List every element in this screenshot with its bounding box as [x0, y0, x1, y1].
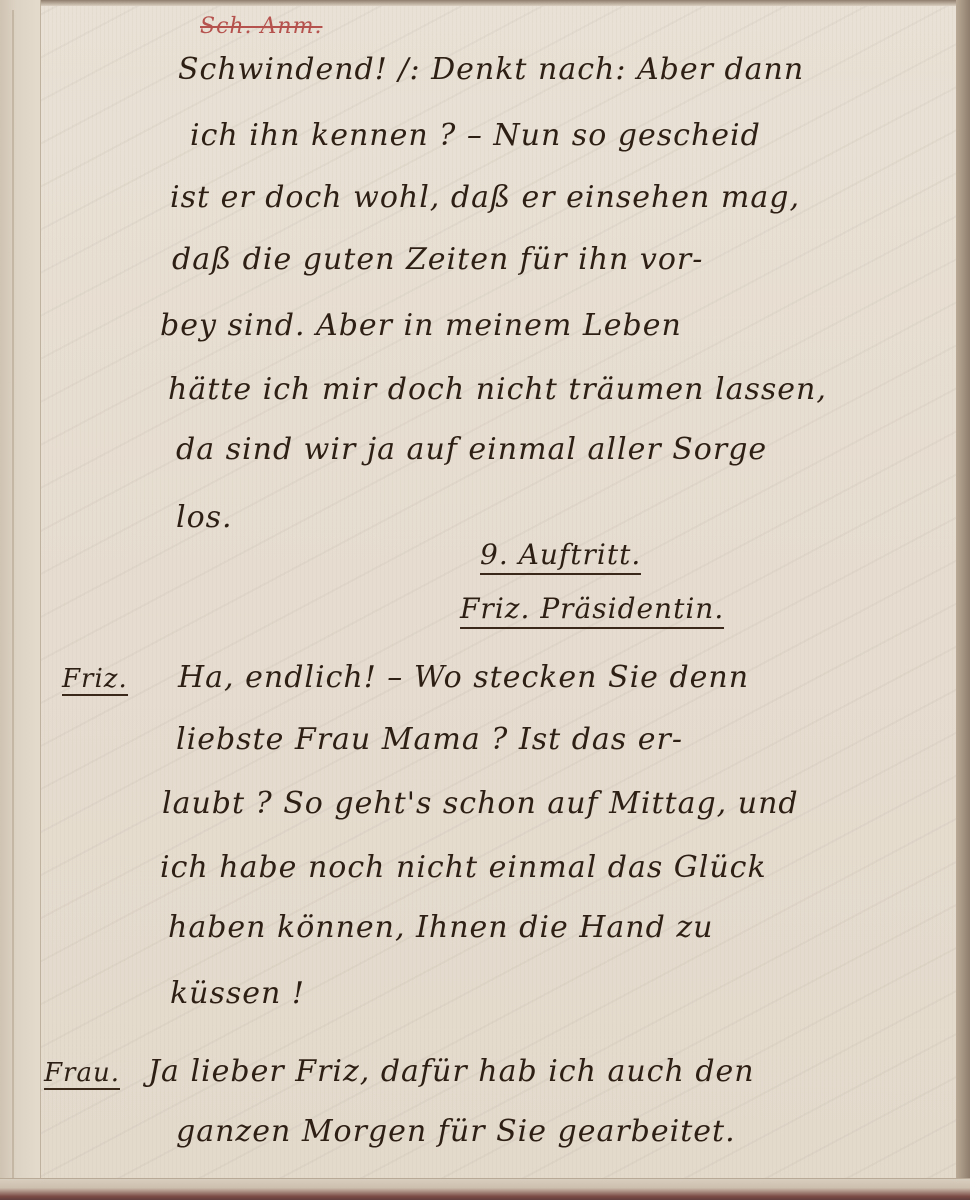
text-line-3: ist er doch wohl, daß er einsehen mag, [170, 180, 800, 215]
text-line-1: Schwindend! /: Denkt nach: Aber dann [178, 52, 804, 87]
page-top-edge [0, 0, 970, 6]
text-line-6: hätte ich mir doch nicht träumen lassen, [168, 372, 827, 407]
dialogue-frau-line-1: Ja lieber Friz, dafür hab ich auch den [148, 1054, 755, 1089]
dialogue-friz-line-5: haben können, Ihnen die Hand zu [168, 910, 713, 945]
speaker-label-frau: Frau. [44, 1058, 120, 1090]
dialogue-friz-line-4: ich habe noch nicht einmal das Glück [160, 850, 767, 885]
binding-fold-line [12, 10, 14, 1180]
dialogue-friz-line-2: liebste Frau Mama ? Ist das er- [176, 722, 683, 757]
dialogue-friz-line-3: laubt ? So geht's schon auf Mittag, und [162, 786, 799, 821]
speaker-label-friz: Friz. [62, 664, 128, 696]
text-line-5: bey sind. Aber in meinem Leben [160, 308, 682, 343]
scene-heading: 9. Auftritt. [480, 538, 641, 575]
text-line-2: ich ihn kennen ? – Nun so gescheid [190, 118, 761, 153]
page-binding-margin [0, 0, 41, 1200]
dialogue-frau-line-2: ganzen Morgen für Sie gearbeitet. [176, 1114, 736, 1149]
text-line-4: daß die guten Zeiten für ihn vor- [172, 242, 703, 277]
text-line-8: los. [176, 500, 233, 535]
page-right-edge [956, 0, 970, 1200]
manuscript-page: Sch. Anm. Schwindend! /: Denkt nach: Abe… [0, 0, 970, 1200]
dialogue-friz-line-6: küssen ! [170, 976, 305, 1011]
page-bottom-edge [0, 1178, 970, 1200]
dialogue-friz-line-1: Ha, endlich! – Wo stecken Sie denn [178, 660, 749, 695]
text-line-7: da sind wir ja auf einmal aller Sorge [176, 432, 767, 467]
scene-characters: Friz. Präsidentin. [460, 592, 724, 629]
red-annotation: Sch. Anm. [200, 14, 322, 39]
